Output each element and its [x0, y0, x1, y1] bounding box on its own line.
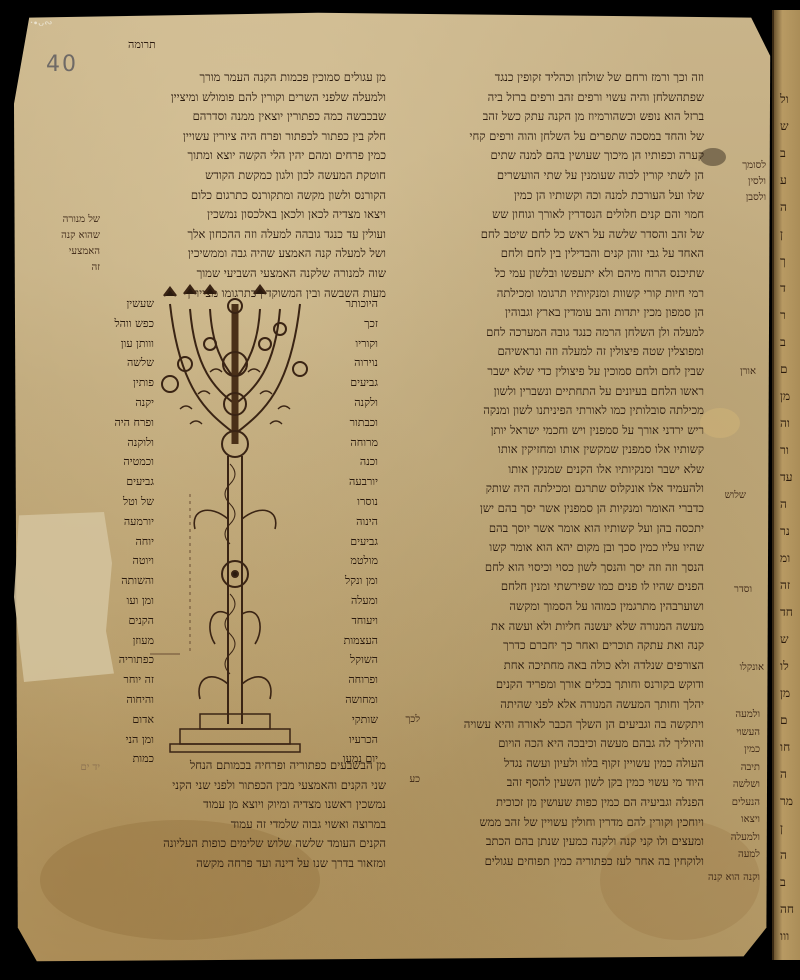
gloss-line: ולמעה [716, 706, 760, 724]
text-line: שלא ישבר ומנקיותיו אלו הקנים שמנקין אותו [432, 460, 704, 480]
narrow-word: מרוחה [318, 433, 378, 453]
narrow-word: יוחה [96, 532, 154, 552]
narrow-word: וכבתור [318, 413, 378, 433]
narrow-word: ומן הני [96, 730, 154, 750]
right-text-column: וזה וכך ורמז ורחם של שולחן וכהליד זקופין… [432, 68, 704, 871]
text-line: שבין לחם ולחם סמוכין על פיצולין כדי שלא … [432, 362, 704, 382]
next-page-fragment: ומ [780, 549, 790, 567]
next-page-fragment: מן [780, 684, 790, 702]
narrow-word: וכנה [318, 452, 378, 472]
text-line: קערה וכפותיו הן מיכוך שעושין בהם למנה שת… [432, 146, 704, 166]
narrow-word: והיחוה [96, 690, 154, 710]
text-line: הקורנס ולשון מקשה ומתקורנס כתרגום כלום [114, 186, 386, 206]
narrow-word: שלשה [96, 353, 154, 373]
next-page-fragment: ע [780, 171, 787, 189]
narrow-word: העצמות [318, 631, 378, 651]
gloss-line: ולסין [730, 174, 766, 190]
corner-mark: ·∙ᴗ∾ [30, 18, 52, 29]
narrow-word: ולוקנה [96, 433, 154, 453]
text-line: שהיו עליו כמין סכך ובן מקום יהא הוא אומר… [432, 538, 704, 558]
next-page-fragment: ה [780, 495, 787, 513]
stain-spot [700, 408, 740, 438]
text-line: שוה למנורה שלקנה האמצעי השביעי שמוך [114, 264, 386, 284]
narrow-word: כפתוריה [96, 650, 154, 670]
gloss-line: זה [30, 260, 100, 276]
narrow-word: שעשין [96, 294, 154, 314]
text-line: שלו ועל העורכת למנה וכה וקשותיו הן כמין [432, 186, 704, 206]
text-line: הפנים שהיו לו פנים כמו שפירשתי ומנין חלח… [432, 577, 704, 597]
next-page-fragment: ווו [780, 927, 789, 945]
text-line: האחד על גבי זוהן קנים והבדילין בין לחם ו… [432, 244, 704, 264]
text-line: הן סמפון מכין יתדות והב עומדין בארץ וגבו… [432, 303, 704, 323]
next-page-fragment: ם [780, 711, 788, 729]
narrow-word: יורמעה [96, 512, 154, 532]
narrow-word: היוכותר [318, 294, 378, 314]
text-line: יתכסה בהן ועל קשותיו הוא אומר אשר יוסך ב… [432, 519, 704, 539]
narrow-word: כפש ווהל [96, 314, 154, 334]
next-page-fragment: ם [780, 360, 788, 378]
text-line: הן לשתי קורין לכוה שעומנין על שתי הוועשר… [432, 166, 704, 186]
narrow-word: ופרח היה [96, 413, 154, 433]
next-page-fragment: ן [780, 225, 783, 243]
bottom-note: וקנה הוא קנה [650, 870, 760, 886]
menorah-drawing [150, 284, 320, 754]
menorah-base [170, 714, 300, 752]
gloss-line: כמין [716, 741, 760, 759]
right-margin-gloss-top: לסומךולסיןולסבן [730, 158, 766, 206]
right-margin-gloss-bottom: ולמעההעשויכמיןתיבהושלשההנעליםויצאוולמעלה… [716, 706, 760, 864]
narrow-word: ומחושה [318, 690, 378, 710]
narrow-word: ולקנה [318, 393, 378, 413]
narrow-column-left-of-menorah: שעשיןכפש ווהלווותן עוןשלשהפותיןיקנהופרח … [96, 294, 154, 769]
narrow-word: הכרעיו [318, 730, 378, 750]
narrow-word: הינוה [318, 512, 378, 532]
left-margin-gloss: של מנורהשהוא קנההאמצעיזה [30, 212, 100, 276]
narrow-word: גביעים [318, 373, 378, 393]
next-page-fragment: ש [780, 630, 789, 648]
left-bottom-faint-note: יד ים [40, 760, 100, 776]
narrow-word: ויעוחד [318, 611, 378, 631]
narrow-word: כמות [96, 749, 154, 769]
narrow-word: והשותה [96, 571, 154, 591]
narrow-column-right-of-menorah: היוכותרזכךוקוריונוירוהגביעיםולקנהוכבתורמ… [318, 294, 378, 769]
text-line: ומעצים ולו קני קנה ולקנה כמעין שנתן בהם … [432, 832, 704, 852]
text-line: שתיכנס הרוח מיהם ולא יתעפשו ובלשון עמי כ… [432, 264, 704, 284]
left-text-column-top: מן עגולים סמוכין פכמות הקנה העמר מורךולמ… [114, 68, 386, 303]
narrow-word: זה יוחר [96, 670, 154, 690]
folio-number: 40 [46, 52, 78, 77]
gloss-line: תיבה [716, 759, 760, 777]
gloss-line: הנעלים [716, 794, 760, 812]
narrow-word: השוקל [318, 650, 378, 670]
narrow-word: ומעלה [318, 591, 378, 611]
text-line: שפתהשלחן והיה עשוי ורפים זהב ורפים ברזל … [432, 88, 704, 108]
text-line: ולוקחין בה אחר לעז כפתוריה כמין תפוחים ע… [432, 852, 704, 872]
narrow-word: יורבעה [318, 472, 378, 492]
narrow-word: וכמטיה [96, 452, 154, 472]
narrow-word: ופרוחה [318, 670, 378, 690]
narrow-word: פותין [96, 373, 154, 393]
text-line: ויתקשה בה וגביעים הן השלך הכבר לאורה והי… [432, 715, 704, 735]
next-page-fragment: ה [780, 846, 787, 864]
text-line: רמי חיות קורי קשוות ומנקיותיו תרגומו ומכ… [432, 284, 704, 304]
narrow-word: גביעים [318, 532, 378, 552]
right-margin-gloss-3: שלוש [706, 488, 746, 504]
text-line: מן עגולים סמוכין פכמות הקנה העמר מורך [114, 68, 386, 88]
text-line: מעשה המנורה שלא יעשנה חליות ולא ועשה את [432, 617, 704, 637]
next-page-edge: ולשבעהןךדרבםמןוהורעדהנרומזהחדשלומןםחוהמר… [772, 10, 800, 960]
text-line: של והחד במסכה שתפרים על השלחן והוה ורפים… [432, 127, 704, 147]
next-page-fragment: ר [780, 306, 786, 324]
next-page-fragment: חו [780, 738, 790, 756]
narrow-word: נוירוה [318, 353, 378, 373]
text-line: כמין פרחים ומהם יהין הלי הקשה יוצא ומתוך [114, 146, 386, 166]
next-page-fragment: מן [780, 387, 790, 405]
text-line: נמשכין ראשנו מצדיה ומיוק ויוצא מן עמוד [114, 795, 386, 815]
narrow-word: ויוטה [96, 551, 154, 571]
narrow-word: של וטל [96, 492, 154, 512]
narrow-word: זכך [318, 314, 378, 334]
narrow-word: אדום [96, 710, 154, 730]
narrow-word: יקנה [96, 393, 154, 413]
next-page-fragment: ב [780, 333, 786, 351]
text-line: ברזל הוא נופש וכשהורמיוז מן הקנה עתק כשל… [432, 107, 704, 127]
next-page-fragment: חה [780, 900, 794, 918]
text-line: של זהב והסדר שלשה על ראש כל לחם שיטב לחם [432, 225, 704, 245]
text-line: שבכבשה כמה כפתורין יוצאין ממנה וסדרהם [114, 107, 386, 127]
next-page-fragment: ול [780, 90, 789, 108]
narrow-word: מולטמ [318, 551, 378, 571]
gloss-line: האמצעי [30, 244, 100, 260]
text-line: כדברי האומר ומנקיות הן סמפנין אשר יסך בה… [432, 499, 704, 519]
text-line: ולמעלה שלפני השרים וקורין להם פומולש ומי… [114, 88, 386, 108]
narrow-word: גביעים [96, 472, 154, 492]
next-page-fragment: נר [780, 522, 790, 540]
gloss-line: ולסבן [730, 190, 766, 206]
next-page-fragment: עד [780, 468, 793, 486]
left-text-column-bottom: מן הבשבעים כפתוריה ופרחיה בכמותם הנחלשני… [114, 756, 386, 874]
text-line: הקנים העומד שלשה שלוש שלימים כופות העליו… [114, 834, 386, 854]
text-line: ומזאור בדרך שנו על דינה ועד פרחה מקשה [114, 854, 386, 874]
text-line: קנה ואת עתקה תוכרים ואחר כך יחברם כדרך [432, 636, 704, 656]
text-line: ויוחכין וקורין להם מדרין וחולין עשויין ש… [432, 813, 704, 833]
text-line: ריש ירדני אורך על סמפנין ויש וחכמי ישראל… [432, 421, 704, 441]
narrow-word: נוסרו [318, 492, 378, 512]
gloss-line: ולמעלה [716, 829, 760, 847]
next-page-fragment: ה [780, 198, 787, 216]
text-line: הצורפים שנלדה ולא כולה באה מחתיכה אחת [432, 656, 704, 676]
text-line: חלק בין כפתור לכפתור ופרח היה ציורין עשו… [114, 127, 386, 147]
next-page-fragment: וה [780, 414, 790, 432]
right-margin-gloss-5: אונקלו [724, 660, 764, 676]
text-line: והיוליך לה גבהם מעשה וכיבכה היא הכה הויו… [432, 734, 704, 754]
next-page-fragment: ד [780, 279, 786, 297]
right-margin-gloss-4: וסדר [712, 582, 752, 598]
text-line: ושל למעלה קנה האמצע שהיה גבה וממשיכין [114, 244, 386, 264]
next-page-fragment: ור [780, 441, 789, 459]
gloss-line: ויצאו [716, 811, 760, 829]
gloss-line: לסומך [730, 158, 766, 174]
narrow-word: הקנים [96, 611, 154, 631]
next-page-fragment: מר [780, 792, 793, 810]
text-line: יהלך וחותך המעשה המנורה אלא לפני שהיתה [432, 695, 704, 715]
text-line: ראשו הלחם בעיונים על התחתיים ונשברין ולש… [432, 382, 704, 402]
text-line: במרוצה ואשוי גבוה שלמדי זה עמוד [114, 815, 386, 835]
narrow-word: שותקי [318, 710, 378, 730]
next-page-fragment: לו [780, 657, 789, 675]
next-page-fragment: ה [780, 765, 787, 783]
text-line: ולהעמיד אלו אונקלוס שתרגם ומכילתה היה שו… [432, 479, 704, 499]
text-line: הפנלה וגביעיה הם כמין כפות שעושין מן זכו… [432, 793, 704, 813]
menorah-inscription [150, 494, 190, 654]
next-page-fragment: ב [780, 873, 786, 891]
text-line: חמוי והם קנים חלולים הנסדרין לאורך וגוחו… [432, 205, 704, 225]
text-line: ודוקש בקורנס וחותך בכלים אורך ומפריד הקנ… [432, 675, 704, 695]
text-line: ומפוצלין שטה פיצולין זה למעלה וזה ונראשי… [432, 342, 704, 362]
text-line: היוד מי עשוי כמין בקן לשון השעין להסף זה… [432, 773, 704, 793]
text-line: ויצאו מצדיה לכאן ולכאן באלכסון נמשכין [114, 205, 386, 225]
next-page-fragment: חד [780, 603, 793, 621]
gloss-line: ושלשה [716, 776, 760, 794]
right-margin-gloss-2: אורן [716, 364, 756, 380]
gloss-line: למעה [716, 846, 760, 864]
next-page-fragment: ש [780, 117, 789, 135]
text-line: למעלה ולן השלחן הרמה כנגד גובה המערכה לח… [432, 323, 704, 343]
gloss-line: של מנורה [30, 212, 100, 228]
next-page-fragment: זה [780, 576, 790, 594]
next-page-fragment: ן [780, 819, 783, 837]
between-columns-note-2: כע [390, 772, 420, 788]
text-line: חוטקת המעשה לכון ולגון כמקשת הקודש [114, 166, 386, 186]
text-line: הנסך וזה וזה יסך והנסך לשון כסוי וכיסוי … [432, 558, 704, 578]
text-line: העולה כמין עשויין זקוף בלוו ולעיון ועשה … [432, 754, 704, 774]
narrow-word: מעוזן [96, 631, 154, 651]
text-line: וזה וכך ורמז ורחם של שולחן וכהליד זקופין… [432, 68, 704, 88]
narrow-word: יום נמעו [318, 749, 378, 769]
narrow-word: ומן ונקל [318, 571, 378, 591]
gloss-line: שהוא קנה [30, 228, 100, 244]
running-head: תרומה [128, 38, 156, 51]
text-line: ושוערבהין מתרגמין כמוהו על הסמוך ומקשה [432, 597, 704, 617]
gloss-line: העשוי [716, 724, 760, 742]
next-page-fragment: ב [780, 144, 786, 162]
narrow-word: ווותן עון [96, 334, 154, 354]
between-columns-note-1: לכך [390, 712, 420, 728]
narrow-word: ומן ועו [96, 591, 154, 611]
narrow-word: וקוריו [318, 334, 378, 354]
text-line: קשותיו אלו סמפנין שמקשין אותו ומחזיקין א… [432, 440, 704, 460]
text-line: ועולין עד כנגד גובהה למעלה וזה ההכחון אל… [114, 225, 386, 245]
text-line: שני הקנים והאמצעי מבין הכפתור ולפני שני … [114, 776, 386, 796]
next-page-fragment: ך [780, 252, 786, 270]
text-line: מכילתה סובלותין כמו לאורתי הפיניתנו לשון… [432, 401, 704, 421]
